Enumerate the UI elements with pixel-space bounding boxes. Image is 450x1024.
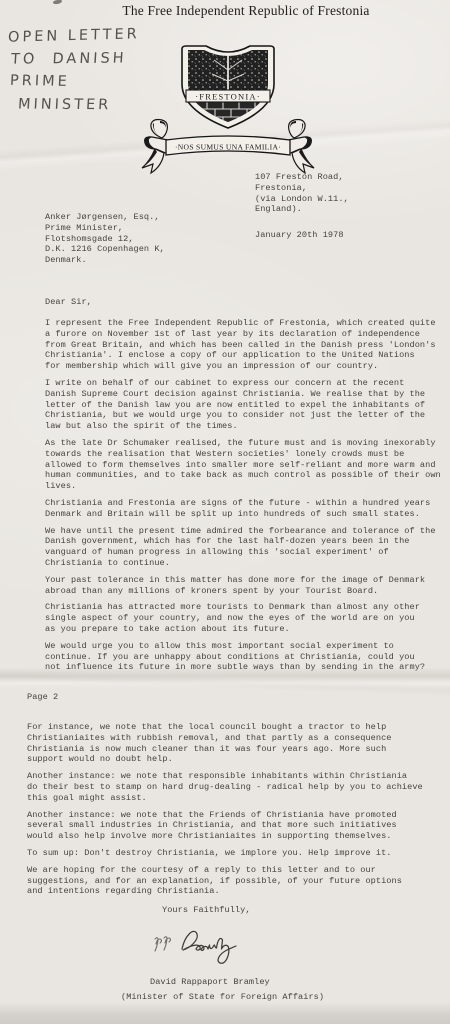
salutation: Dear Sir, bbox=[45, 297, 92, 308]
crest-shield-label: ·FRESTONIA· bbox=[195, 92, 260, 102]
paragraph: Christiania and Frestonia are signs of t… bbox=[45, 498, 450, 520]
sender-address: 107 Freston Road, Frestonia, (via London… bbox=[255, 172, 349, 215]
paragraph: I represent the Free Independent Republi… bbox=[45, 318, 450, 372]
paragraph: As the late Dr Schumaker realised, the f… bbox=[45, 438, 450, 492]
scan-bottom-shadow bbox=[0, 1002, 450, 1024]
letterhead-title: The Free Independent Republic of Freston… bbox=[21, 3, 450, 19]
handwritten-note-line: MINISTER bbox=[18, 96, 141, 113]
recipient-address: Anker Jørgensen, Esq., Prime Minister, F… bbox=[45, 212, 165, 266]
paragraph: Another instance: we note that responsib… bbox=[27, 771, 447, 803]
paragraph: I write on behalf of our cabinet to expr… bbox=[45, 378, 450, 432]
paragraph: For instance, we note that the local cou… bbox=[27, 722, 447, 765]
handwritten-note-line: PRIME bbox=[10, 73, 141, 91]
letter-body-page2: For instance, we note that the local cou… bbox=[27, 722, 447, 903]
page2-label: Page 2 bbox=[27, 692, 58, 703]
letter-date: January 20th 1978 bbox=[255, 230, 344, 241]
handwritten-note: OPEN LETTER TO DANISH PRIME MINISTER bbox=[8, 28, 140, 120]
frestonia-crest-icon: ·FRESTONIA· ·NOS SUMUS UNA FAMILIA· bbox=[138, 36, 318, 178]
valediction: Yours Faithfully, bbox=[162, 905, 251, 916]
letter-body-page1: I represent the Free Independent Republi… bbox=[45, 318, 450, 679]
signature-handwriting: pp Bramley bbox=[146, 922, 276, 972]
paragraph: Another instance: we note that the Frien… bbox=[27, 810, 447, 842]
page-join-crease bbox=[0, 668, 450, 688]
paragraph: Christiania has attracted more tourists … bbox=[45, 602, 450, 634]
paragraph: Your past tolerance in this matter has d… bbox=[45, 575, 450, 597]
handwritten-note-line: OPEN LETTER bbox=[8, 26, 140, 45]
handwritten-note-line: TO DANISH bbox=[11, 50, 141, 67]
letter-scan: The Free Independent Republic of Freston… bbox=[0, 0, 450, 1024]
paragraph: We are hoping for the courtesy of a repl… bbox=[27, 865, 447, 897]
signatory-name: David Rappaport Bramley bbox=[150, 977, 270, 988]
paragraph: To sum up: Don't destroy Christiania, we… bbox=[27, 848, 447, 859]
crest-motto: ·NOS SUMUS UNA FAMILIA· bbox=[175, 143, 281, 152]
paragraph: We have until the present time admired t… bbox=[45, 526, 450, 569]
